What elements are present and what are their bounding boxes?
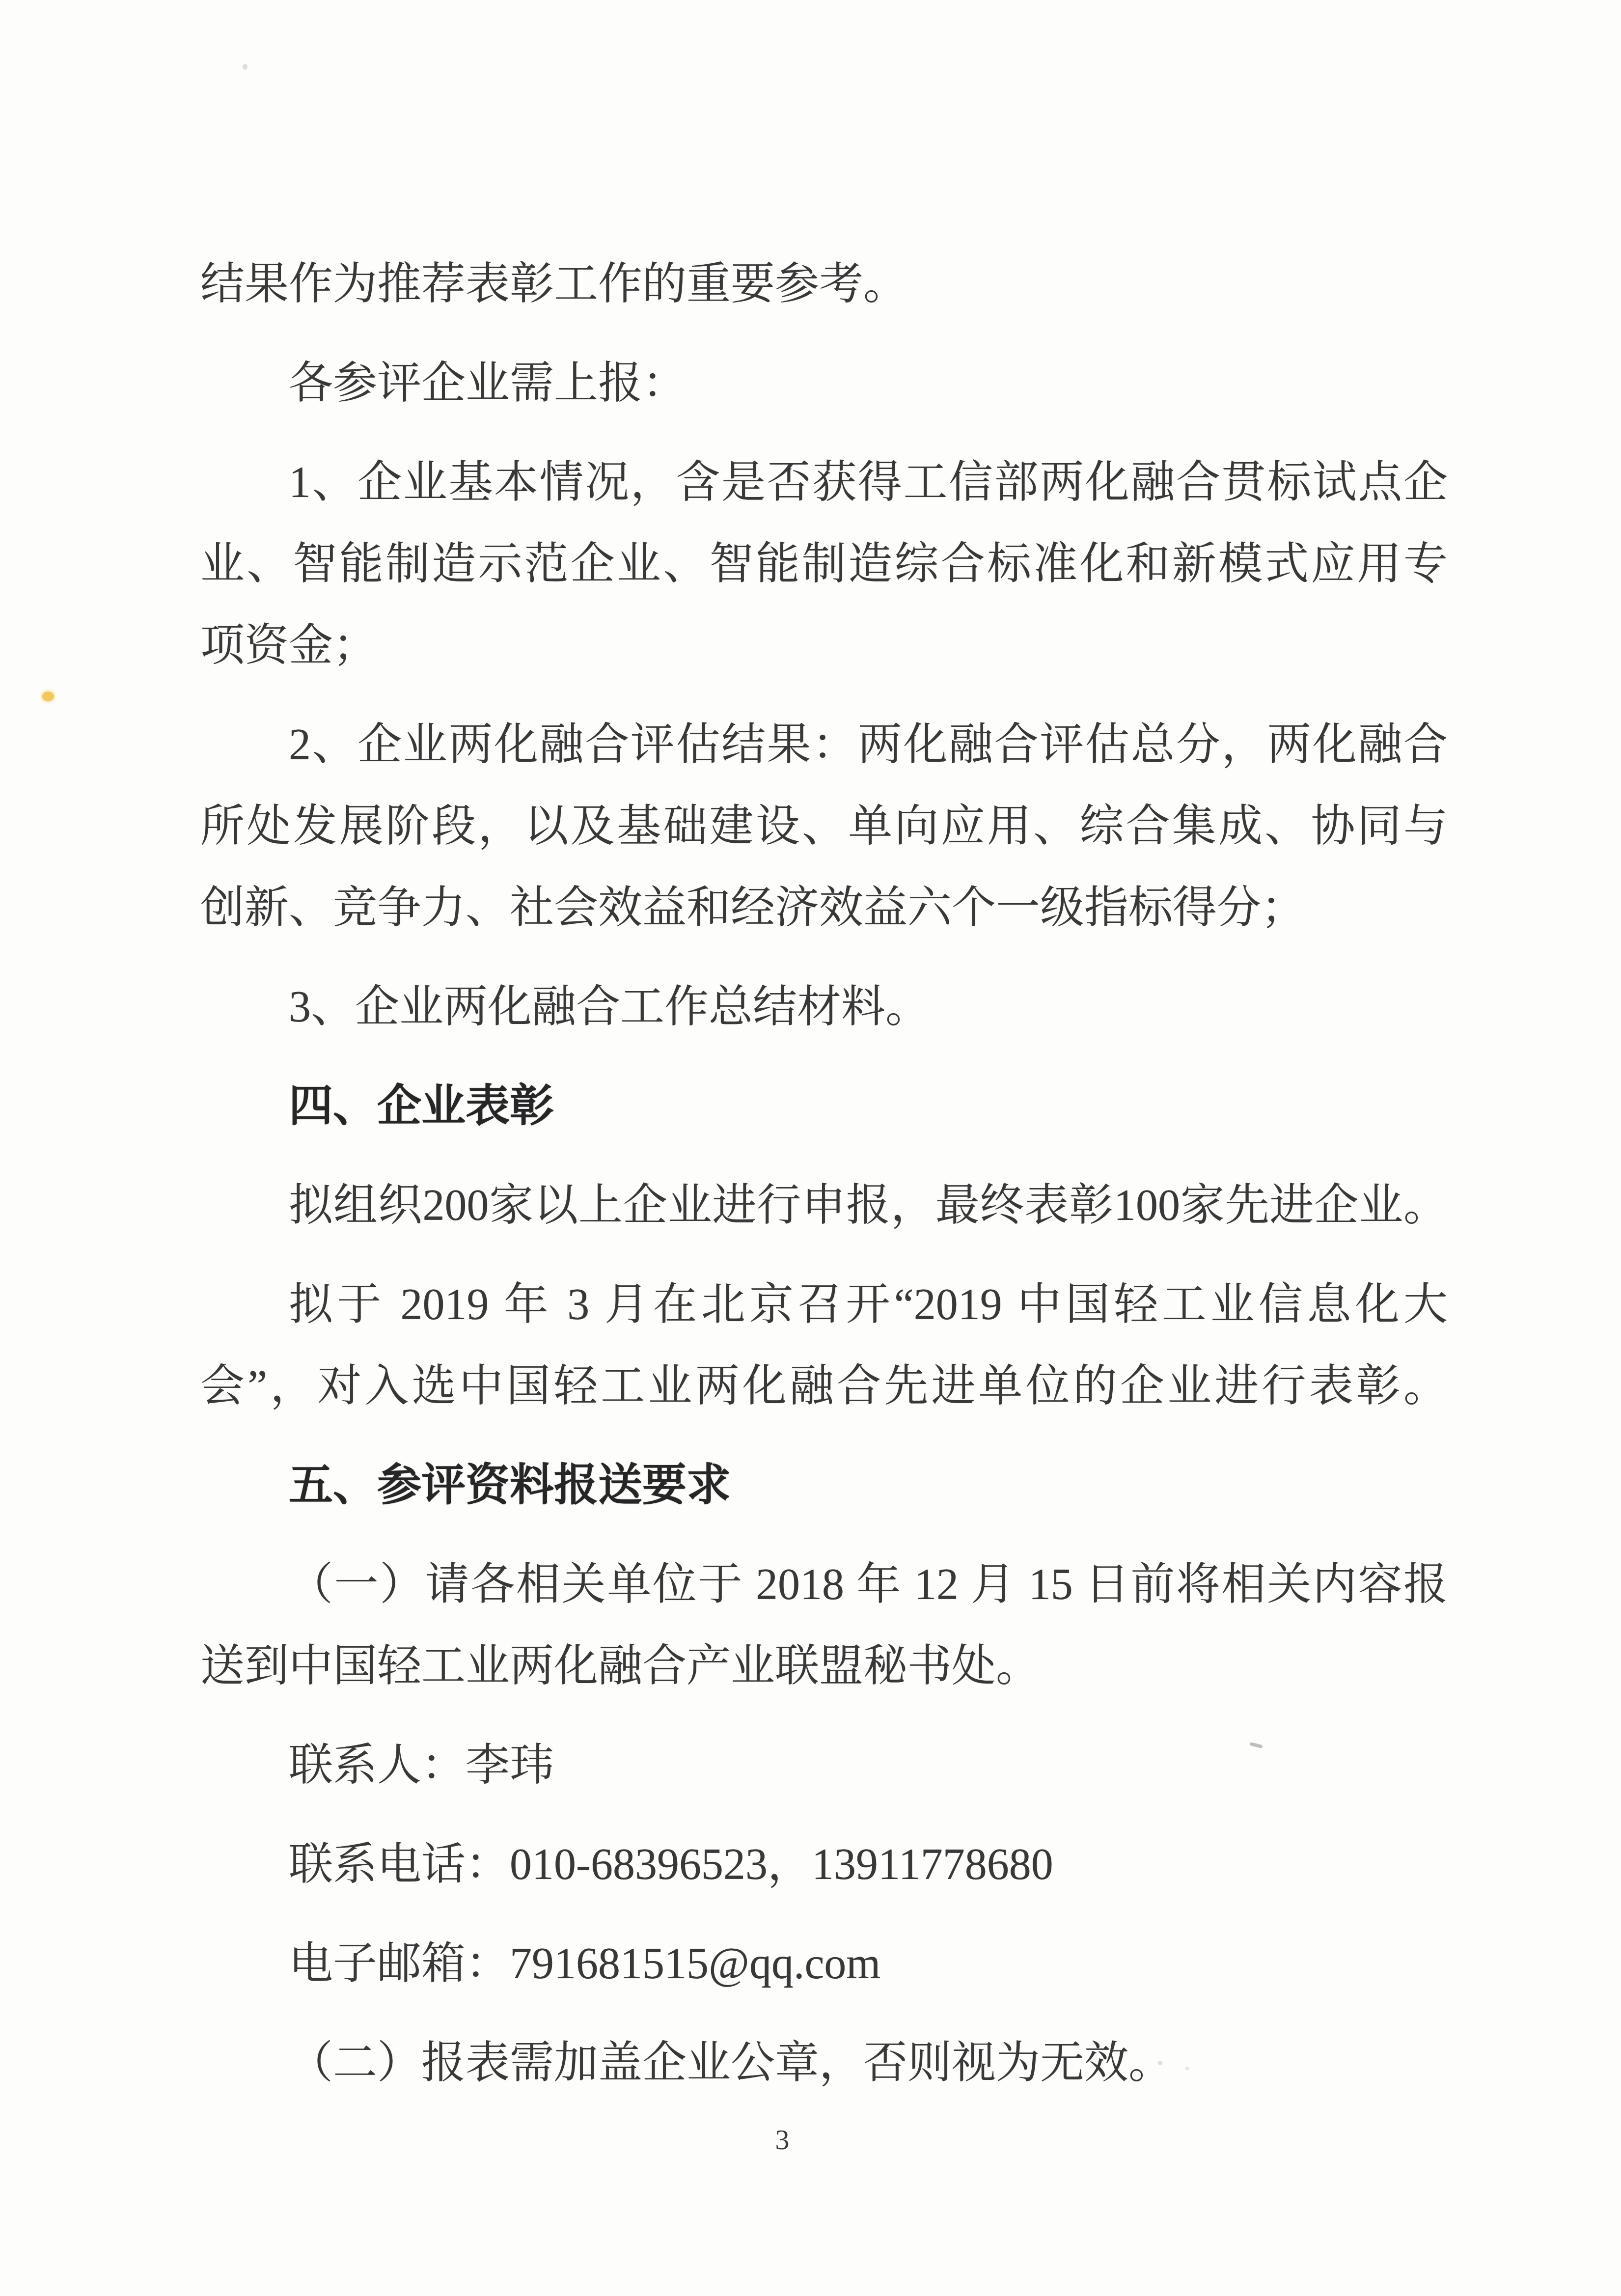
- text-line: 项资金；: [200, 605, 1448, 687]
- section-heading: 四、企业表彰: [200, 1066, 1448, 1147]
- text-line: 结果作为推荐表彰工作的重要参考。: [200, 244, 1448, 325]
- text-line: 联系人：李玮: [200, 1725, 1448, 1806]
- text-line: 拟于 2019 年 3 月在北京召开“2019 中国轻工业信息化大: [200, 1264, 1448, 1346]
- section-heading: 五、参评资料报送要求: [200, 1445, 1448, 1526]
- text-line: 所处发展阶段，以及基础建设、单向应用、综合集成、协同与: [200, 786, 1448, 867]
- text-line: 送到中国轻工业两化融合产业联盟秘书处。: [200, 1626, 1448, 1707]
- paragraph: （一）请各相关单位于 2018 年 12 月 15 日前将相关内容报送到中国轻工…: [200, 1544, 1448, 1707]
- paragraph: （二）报表需加盖企业公章，否则视为无效。: [200, 2022, 1448, 2104]
- scan-artifact-speck: [243, 64, 247, 70]
- scan-artifact-yellow-dot: [42, 692, 54, 701]
- text-line: 电子邮箱：791681515@qq.com: [200, 1923, 1448, 2005]
- text-line: 业、智能制造示范企业、智能制造综合标准化和新模式应用专: [200, 524, 1448, 605]
- text-line: （二）报表需加盖企业公章，否则视为无效。: [200, 2022, 1448, 2104]
- paragraph: 联系电话：010-68396523，13911778680: [200, 1824, 1448, 1906]
- scanned-page: 结果作为推荐表彰工作的重要参考。各参评企业需上报：1、企业基本情况，含是否获得工…: [0, 0, 1621, 2296]
- paragraph: 拟组织200家以上企业进行申报，最终表彰100家先进企业。: [200, 1165, 1448, 1246]
- text-line: 联系电话：010-68396523，13911778680: [200, 1824, 1448, 1906]
- paragraph: 1、企业基本情况，含是否获得工信部两化融合贯标试点企业、智能制造示范企业、智能制…: [200, 442, 1448, 687]
- paragraph: 各参评企业需上报：: [200, 343, 1448, 424]
- text-line: 各参评企业需上报：: [200, 343, 1448, 424]
- paragraph: 2、企业两化融合评估结果：两化融合评估总分，两化融合所处发展阶段，以及基础建设、…: [200, 704, 1448, 949]
- document-body: 结果作为推荐表彰工作的重要参考。各参评企业需上报：1、企业基本情况，含是否获得工…: [200, 244, 1448, 2104]
- text-line: 四、企业表彰: [200, 1066, 1448, 1147]
- text-line: （一）请各相关单位于 2018 年 12 月 15 日前将相关内容报: [200, 1544, 1448, 1626]
- paragraph: 电子邮箱：791681515@qq.com: [200, 1923, 1448, 2005]
- paragraph: 联系人：李玮: [200, 1725, 1448, 1806]
- text-line: 创新、竞争力、社会效益和经济效益六个一级指标得分；: [200, 867, 1448, 949]
- text-line: 2、企业两化融合评估结果：两化融合评估总分，两化融合: [200, 704, 1448, 786]
- paragraph: 3、企业两化融合工作总结材料。: [200, 967, 1448, 1048]
- page-footer: 3: [200, 2115, 1448, 2164]
- text-line: 五、参评资料报送要求: [200, 1445, 1448, 1526]
- text-line: 会”，对入选中国轻工业两化融合先进单位的企业进行表彰。: [200, 1346, 1448, 1427]
- text-line: 3、企业两化融合工作总结材料。: [200, 967, 1448, 1048]
- paragraph: 结果作为推荐表彰工作的重要参考。: [200, 244, 1448, 325]
- text-line: 1、企业基本情况，含是否获得工信部两化融合贯标试点企: [200, 442, 1448, 524]
- page-number: 3: [775, 2115, 790, 2164]
- text-line: 拟组织200家以上企业进行申报，最终表彰100家先进企业。: [200, 1165, 1448, 1246]
- paragraph: 拟于 2019 年 3 月在北京召开“2019 中国轻工业信息化大会”，对入选中…: [200, 1264, 1448, 1427]
